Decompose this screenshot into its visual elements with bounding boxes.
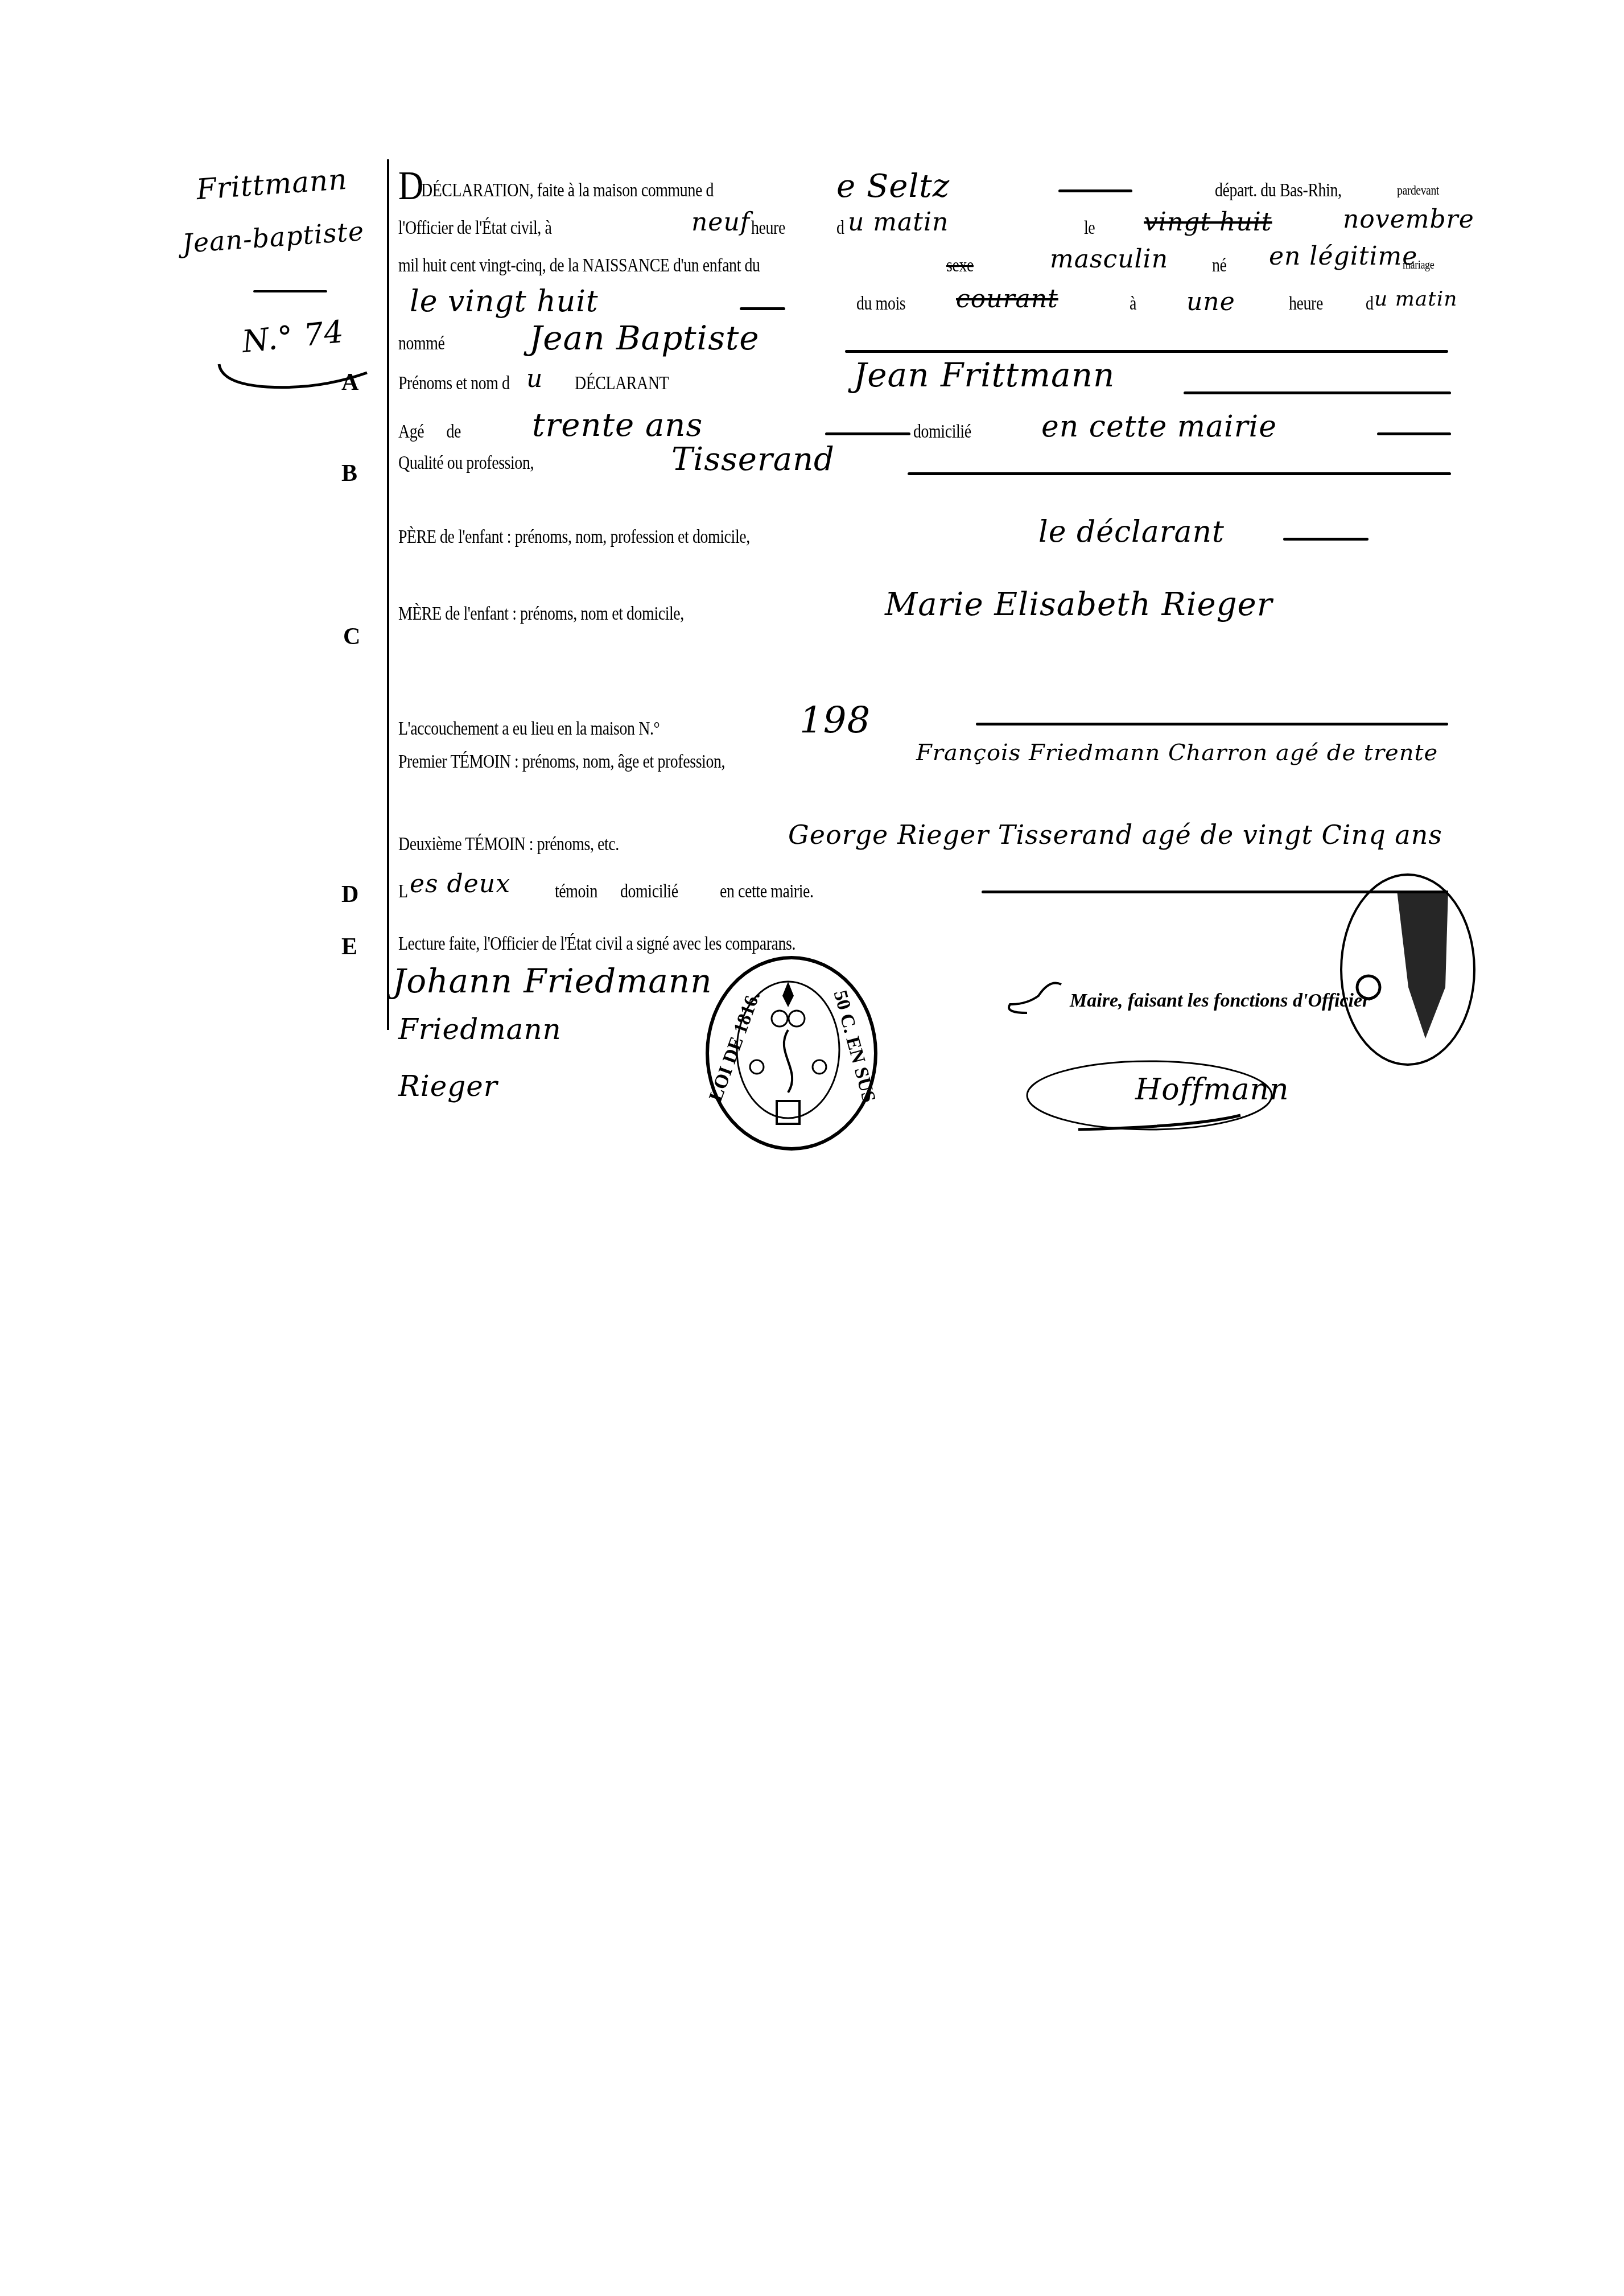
margin-vertical-rule	[387, 159, 389, 1030]
signature-2: Friedmann	[398, 1013, 562, 1046]
hour-handwritten: neuf	[691, 208, 750, 237]
witness-domicile-mairie: en cette mairie.	[720, 881, 813, 902]
mother-label: MÈRE de l'enfant : prénoms, nom et domic…	[398, 603, 684, 625]
sexe-struck: sexe	[946, 255, 974, 277]
domicile-handwritten: en cette mairie	[1041, 410, 1277, 444]
declarant-fill-rule	[1184, 391, 1451, 394]
closing-statement: Lecture faite, l'Officier de l'État civi…	[398, 933, 795, 955]
witness1-handwritten: François Friedmann Charron agé de trente	[916, 740, 1438, 766]
section-letter-d: D	[341, 881, 358, 908]
signature-3: Rieger	[398, 1070, 498, 1103]
month-handwritten: novembre	[1343, 205, 1474, 234]
nomme-label: nommé	[398, 333, 445, 355]
declarant-name-handwritten: Jean Frittmann	[854, 356, 1115, 394]
age-fill-rule	[825, 432, 910, 435]
declarant-label: Prénoms et nom d	[398, 373, 510, 394]
sex-handwritten: masculin	[1050, 245, 1168, 274]
mariage-label: mariage	[1403, 257, 1434, 272]
domicile-label: domicilié	[913, 421, 971, 443]
house-number-handwritten: 198	[799, 700, 871, 742]
line-3-printed: mil huit cent vingt-cinq, de la NAISSANC…	[398, 255, 760, 277]
declarant-suffix: u	[526, 364, 543, 393]
day-handwritten: le vingt huit	[410, 285, 599, 319]
margin-surname: Frittmann	[195, 163, 348, 206]
declaration-line-1-printed: DÉCLARATION, faite à la maison commune d	[421, 180, 714, 201]
section-letter-b: B	[341, 460, 357, 487]
seal-emblem-icon	[1340, 873, 1471, 1061]
du-mois-label: du mois	[856, 293, 905, 315]
declaration-dropcap: D	[398, 165, 423, 206]
mayor-signature-flourish-icon	[1024, 1053, 1280, 1149]
legitimacy-handwritten: en légitime	[1269, 242, 1417, 271]
witness2-label: Deuxième TÉMOIN : prénoms, etc.	[398, 834, 619, 855]
witness2-handwritten: George Rieger Tisserand agé de vingt Cin…	[788, 819, 1442, 850]
margin-divider	[253, 290, 327, 292]
heure-label-2: heure	[1289, 293, 1323, 315]
birthplace-fill-rule	[976, 723, 1448, 726]
commune-handwritten: e Seltz	[836, 168, 950, 205]
ne-label: né	[1212, 255, 1226, 277]
declarant-caps: DÉCLARANT	[575, 373, 669, 394]
domicile-fill-rule	[1377, 432, 1451, 435]
d-label-2: d	[1366, 293, 1374, 315]
witness1-label: Premier TÉMOIN : prénoms, nom, âge et pr…	[398, 751, 725, 773]
line-1-fill-rule	[1058, 189, 1132, 192]
witness-domicile-domicilie: domicilié	[620, 881, 678, 902]
line-2-printed: l'Officier de l'État civil, à	[398, 217, 551, 239]
father-handwritten: le déclarant	[1038, 515, 1225, 549]
d-label: d	[836, 217, 844, 239]
official-seal	[1340, 873, 1475, 1066]
witness-domicile-l: L	[398, 881, 408, 902]
birth-period-handwritten: u matin	[1374, 287, 1457, 311]
profession-handwritten: Tisserand	[671, 441, 835, 478]
father-fill-rule	[1283, 538, 1369, 541]
witness-domicile-handwritten: es deux	[410, 869, 510, 898]
birth-hour-handwritten: une	[1186, 287, 1235, 316]
father-label: PÈRE de l'enfant : prénoms, nom, profess…	[398, 526, 750, 548]
mayor-title: Maire, faisant les fonctions d'Officier	[1070, 990, 1370, 1012]
margin-entry-number: N.° 74	[240, 314, 345, 360]
pardevant-label: pardevant	[1397, 183, 1439, 199]
profession-fill-rule	[908, 472, 1451, 475]
section-letter-a: A	[341, 369, 358, 396]
age-handwritten: trente ans	[532, 407, 703, 444]
child-name-handwritten: Jean Baptiste	[529, 319, 760, 357]
heure-label: heure	[751, 217, 785, 239]
le-label: le	[1084, 217, 1095, 239]
period-handwritten: u matin	[848, 208, 949, 237]
birthplace-label: L'accouchement a eu lieu en la maison N.…	[398, 718, 660, 740]
month-struck-handwritten: courant	[956, 285, 1058, 314]
margin-given-names: Jean-baptiste	[182, 216, 365, 259]
witness-domicile-temoin: témoin	[555, 881, 597, 902]
date-struck-handwritten: vingt huit	[1144, 208, 1272, 237]
line-4-fill-rule	[740, 307, 785, 310]
age-label: Agé de	[398, 421, 461, 443]
mayor-flourish-icon	[1004, 979, 1067, 1019]
section-letter-e: E	[341, 933, 357, 961]
nomme-fill-rule	[845, 350, 1448, 353]
a-label: à	[1130, 293, 1136, 315]
profession-label: Qualité ou profession,	[398, 452, 534, 474]
mother-handwritten: Marie Elisabeth Rieger	[885, 586, 1273, 623]
signature-1: Johann Friedmann	[393, 962, 712, 1000]
section-letter-c: C	[343, 623, 360, 650]
departement-label: départ. du Bas-Rhin,	[1215, 180, 1342, 201]
